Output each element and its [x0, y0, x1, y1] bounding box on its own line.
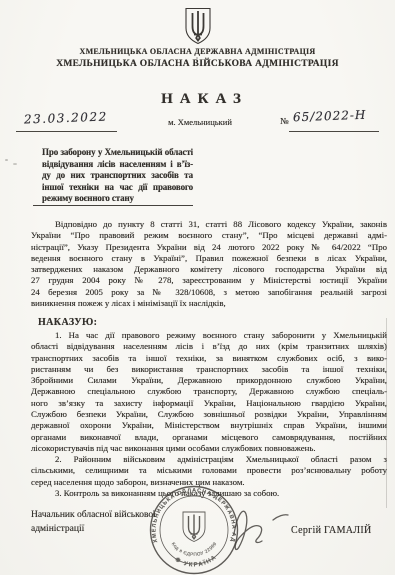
preamble-line: затверджених наказом Державного комітету…: [31, 264, 387, 275]
title-line: іншої техніки на час дії правового: [42, 182, 193, 194]
date-underline: [16, 131, 117, 132]
item1-line: лісокористувачів під час виконання цими …: [31, 443, 387, 454]
item1-line: органами виконавчої влади, органами місц…: [31, 432, 387, 443]
item1-line: транспортних засобів та іншої техніки, з…: [31, 353, 387, 364]
org-name-military-administration: ХМЕЛЬНИЦЬКА ОБЛАСНА ВІЙСЬКОВА АДМІНІСТРА…: [0, 59, 395, 69]
item2-line: 2. Районним військовим адміністраціям Хм…: [31, 454, 387, 465]
handwritten-signature: [226, 494, 306, 560]
order-title: Про заборону у Хмельницькій області відв…: [42, 147, 193, 205]
preamble-line: 24 березня 2005 року за № 328/10608, з м…: [31, 287, 387, 298]
title-line: режиму воєнного стану: [42, 193, 193, 205]
preamble-line: ведення воєнного стану в Україні”, Прави…: [31, 253, 387, 264]
title-line: Про заборону у Хмельницькій області: [42, 147, 193, 159]
order-item-1: 1. На час дії правового режиму воєнного …: [31, 330, 387, 454]
item1-line: ного зв’язку та захисту інформації Украї…: [31, 398, 387, 409]
number-sign: №: [280, 116, 289, 126]
item1-line: Збройними Силами України, Державною прик…: [31, 375, 387, 386]
scan-speck: [13, 163, 17, 165]
preamble-line: України “Про правовий режим воєнного ста…: [31, 230, 387, 241]
preamble-line: виникнення пожеж у лісах і мінімізації ї…: [31, 298, 387, 309]
title-underline: [33, 205, 193, 206]
item1-line: Державною спеціальною службою транспорту…: [31, 386, 387, 397]
handwritten-order-number: 65/2022-Н: [293, 108, 367, 125]
item1-line: державної охорони України, Міністерством…: [31, 420, 387, 431]
ukraine-trident-icon: [183, 7, 213, 45]
scan-speck: [196, 57, 198, 59]
stamp-trident-icon: [183, 512, 205, 542]
preamble-line: Відповідно до пункту 8 статті 31, статті…: [31, 219, 387, 230]
title-line: відвідування лісів населенням і в’їз-: [42, 159, 193, 171]
item2-line: сільськими, селищними та міськими голова…: [31, 465, 387, 476]
preamble-line: ністрації”, Указу Президента України від…: [31, 242, 387, 253]
scanned-order-document: ХМЕЛЬНИЦЬКА ОБЛАСНА ДЕРЖАВНА АДМІНІСТРАЦ…: [0, 0, 395, 575]
scan-speck: [5, 159, 8, 161]
number-underline: [289, 131, 379, 132]
handwritten-date: 23.03.2022: [24, 110, 108, 127]
item1-line: 1. На час дії правового режиму воєнного …: [31, 330, 387, 341]
document-type-heading: НАКАЗ: [0, 91, 395, 108]
item1-line: Службою безпеки України, Службою зовнішн…: [31, 409, 387, 420]
scan-fold-line: [386, 318, 387, 508]
item1-line: ристанням чи без використання транспортн…: [31, 364, 387, 375]
title-line: ду до них транспортних засобів та: [42, 170, 193, 182]
item1-line: області відвідування населенням лісів і …: [31, 341, 387, 352]
org-name-state-administration: ХМЕЛЬНИЦЬКА ОБЛАСНА ДЕРЖАВНА АДМІНІСТРАЦ…: [0, 47, 395, 56]
preamble-line: 27 грудня 2004 року № 278, зареєстровани…: [31, 275, 387, 286]
city-label: м. Хмельницький: [148, 117, 252, 127]
order-word: НАКАЗУЮ:: [38, 317, 97, 328]
preamble-paragraph: Відповідно до пункту 8 статті 31, статті…: [31, 219, 387, 309]
